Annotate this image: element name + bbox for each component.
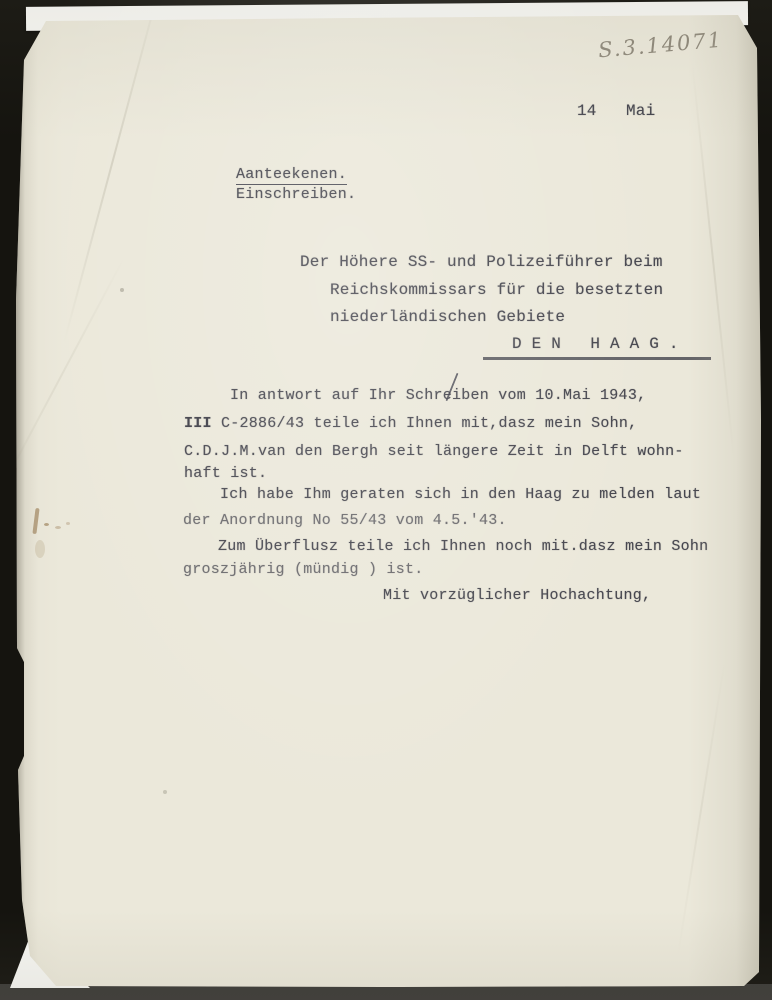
body-line-6: der Anordnung No 55/43 vom 4.5.'43. — [183, 513, 507, 529]
archive-number-annotation: S.3.14071 — [597, 28, 724, 63]
body-line-1: In antwort auf Ihr Schreiben vom 10.Mai … — [230, 388, 646, 404]
body-line-8: groszjährig (mündig ) ist. — [183, 562, 424, 578]
paper-stain — [55, 526, 61, 529]
letter-date: 14 Mai — [577, 102, 655, 120]
letter-page: S.3.14071 14 Mai Aanteekenen. Einschreib… — [0, 0, 772, 1000]
body-line-4: haft ist. — [184, 466, 267, 482]
paper-speck — [120, 288, 124, 292]
recipient-line-3: niederländischen Gebiete — [330, 308, 565, 326]
body-line-3: C.D.J.M.van den Bergh seit längere Zeit … — [184, 444, 684, 460]
paper-crease — [0, 256, 126, 504]
dispatch-label-einschreiben: Einschreiben. — [236, 187, 356, 203]
reference-number-bold: III — [184, 415, 212, 432]
recipient-line-1: Der Höhere SS- und Polizeiführer beim — [300, 253, 663, 271]
closing-line: Mit vorzüglicher Hochachtung, — [383, 588, 651, 604]
paper-speck — [163, 790, 167, 794]
body-line-2-rest: C-2886/43 teile ich Ihnen mit,dasz mein … — [212, 415, 638, 432]
paper-stain — [35, 540, 45, 558]
dispatch-label-aanteekenen: Aanteekenen. — [236, 167, 347, 185]
body-line-5: Ich habe Ihm geraten sich in den Haag zu… — [220, 487, 701, 503]
recipient-city: D E N H A A G . — [512, 335, 679, 353]
scanned-letter-page: S.3.14071 14 Mai Aanteekenen. Einschreib… — [0, 0, 772, 1000]
paper-crease — [63, 0, 163, 344]
paper-stain — [32, 508, 39, 534]
body-line-7: Zum Überflusz teile ich Ihnen noch mit.d… — [218, 539, 708, 555]
body-line-2: III C-2886/43 teile ich Ihnen mit,dasz m… — [184, 416, 637, 432]
city-underline-rule — [483, 357, 711, 360]
paper-stain — [44, 523, 49, 526]
paper-crease — [677, 662, 726, 959]
paper-stain — [66, 522, 70, 525]
recipient-line-2: Reichskommissars für die besetzten — [330, 281, 663, 299]
paper-crease — [691, 61, 735, 459]
